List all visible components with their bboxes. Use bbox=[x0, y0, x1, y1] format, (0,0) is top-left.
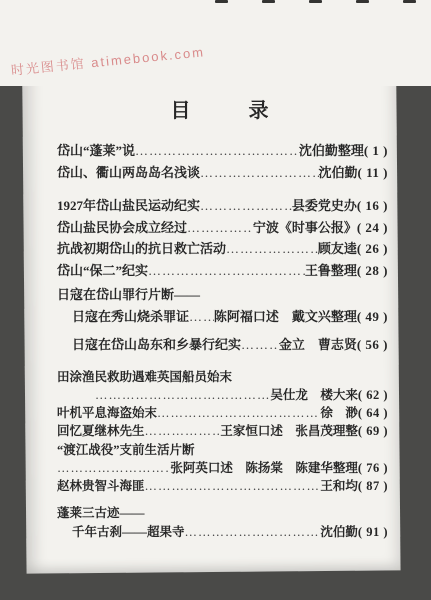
toc-entry-author: 沈伯勤整理 bbox=[299, 141, 364, 161]
toc-entry-author: 顾友逵 bbox=[318, 239, 357, 259]
binding-mark bbox=[356, 0, 369, 3]
toc-entry-page: ( 62 ) bbox=[358, 386, 388, 404]
toc-entry-page: ( 28 ) bbox=[357, 261, 388, 281]
indent-spacer bbox=[57, 398, 95, 399]
toc-entry-title: 抗战初期岱山的抗日救亡活动 bbox=[57, 239, 226, 259]
toc-entry-title: 岱山“保二”纪实 bbox=[57, 261, 148, 281]
toc-entry-title: 赵林贵智斗海匪 bbox=[57, 477, 145, 495]
dot-leader: …………………………………………………………………………………………………… bbox=[57, 459, 170, 477]
dot-leader: …………………………………………………………………………………………………… bbox=[189, 307, 214, 327]
toc-list: 岱山“蓬莱”说………………………………………………………………………………………… bbox=[57, 141, 388, 541]
toc-entry-author: 王和均 bbox=[320, 477, 358, 495]
toc-row: 岱山“保二”纪实……………………………………………………………………………………… bbox=[57, 261, 388, 281]
toc-entry-title: 田涂渔民救助遇难英国船员始末 bbox=[57, 368, 232, 386]
toc-row: 回忆夏继林先生………………………………………………………………………………………… bbox=[57, 422, 388, 440]
toc-entry-title: 岱山“蓬莱”说 bbox=[57, 141, 135, 161]
toc-entry-page: ( 49 ) bbox=[357, 307, 388, 327]
toc-row: 赵林贵智斗海匪………………………………………………………………………………………… bbox=[57, 477, 388, 495]
toc-entry-title: 回忆夏继林先生 bbox=[57, 422, 145, 440]
dot-leader: …………………………………………………………………………………………………… bbox=[200, 163, 319, 183]
toc-entry-page: ( 24 ) bbox=[357, 218, 388, 238]
dot-leader: …………………………………………………………………………………………………… bbox=[95, 386, 270, 404]
toc-row: 岱山“蓬莱”说………………………………………………………………………………………… bbox=[57, 141, 388, 161]
toc-entry-author: 王家恒口述 张昌茂理整 bbox=[220, 422, 358, 440]
toc-entry-page: ( 26 ) bbox=[357, 239, 388, 259]
scanned-page: 时光图书馆 atimebook.com 目 录 岱山“蓬莱”说………………………… bbox=[0, 0, 431, 600]
toc-entry-page: ( 16 ) bbox=[357, 196, 388, 216]
binding-mark bbox=[309, 0, 322, 3]
dot-leader: …………………………………………………………………………………………………… bbox=[145, 422, 221, 440]
indent-spacer bbox=[57, 348, 72, 349]
toc-entry-page: ( 56 ) bbox=[357, 335, 388, 355]
toc-row: 1927年岱山盐民运动纪实………………………………………………………………………… bbox=[57, 196, 388, 216]
toc-row: 日寇在岱山罪行片断—— bbox=[57, 285, 388, 305]
toc-entry-author: 张阿英口述 陈扬棠 陈建华整理 bbox=[170, 459, 358, 477]
toc-entry-page: ( 69 ) bbox=[358, 422, 388, 440]
toc-content: 目 录 岱山“蓬莱”说……………………………………………………………………………… bbox=[57, 98, 388, 541]
toc-row: ……………………………………………………………………………………………………吴仕… bbox=[57, 386, 388, 404]
toc-row: 岱山盐民协会成立经过………………………………………………………………………………… bbox=[57, 218, 388, 238]
dot-leader: …………………………………………………………………………………………………… bbox=[148, 261, 305, 281]
toc-entry-title: 岱山盐民协会成立经过 bbox=[57, 218, 187, 238]
binding-marks bbox=[0, 0, 431, 5]
indent-spacer bbox=[57, 535, 72, 536]
toc-row: 叶机平息海盗始末……………………………………………………………………………………… bbox=[57, 404, 388, 422]
dot-leader: …………………………………………………………………………………………………… bbox=[145, 477, 321, 495]
toc-entry-author: 宁波《时事公报》 bbox=[253, 218, 357, 238]
page-title: 目 录 bbox=[57, 98, 388, 124]
binding-mark bbox=[262, 0, 275, 3]
toc-entry-author: 陈阿福口述 戴文兴整理 bbox=[214, 307, 357, 327]
toc-row: 蓬莱三古迹—— bbox=[57, 504, 388, 522]
toc-entry-title: 日寇在岱山罪行片断—— bbox=[57, 285, 200, 305]
toc-row: 抗战初期岱山的抗日救亡活动………………………………………………………………………… bbox=[57, 239, 388, 259]
toc-entry-author: 吴仕龙 楼大来 bbox=[270, 386, 358, 404]
toc-entry-page: ( 76 ) bbox=[358, 459, 388, 477]
toc-entry-page: ( 87 ) bbox=[358, 477, 388, 495]
dot-leader: …………………………………………………………………………………………………… bbox=[187, 218, 253, 238]
toc-entry-title: 叶机平息海盗始末 bbox=[57, 404, 157, 422]
toc-entry-title: 蓬莱三古迹—— bbox=[57, 504, 145, 522]
toc-entry-author: 王鲁整理 bbox=[305, 261, 357, 281]
toc-row: 岱山、衢山两岛岛名浅谈……………………………………………………………………………… bbox=[57, 163, 388, 183]
binding-mark bbox=[403, 0, 416, 3]
toc-entry-title: 日寇在秀山烧杀罪证 bbox=[72, 307, 189, 327]
toc-entry-page: ( 91 ) bbox=[358, 523, 388, 541]
toc-entry-author: 沈伯勤 bbox=[319, 163, 358, 183]
dot-leader: …………………………………………………………………………………………………… bbox=[185, 523, 321, 541]
binding-mark bbox=[215, 0, 228, 3]
toc-row: 田涂渔民救助遇难英国船员始末 bbox=[57, 368, 388, 386]
toc-entry-author: 金立 曹志贤 bbox=[279, 335, 357, 355]
dot-leader: …………………………………………………………………………………………………… bbox=[200, 196, 292, 216]
toc-entry-title: 岱山、衢山两岛岛名浅谈 bbox=[57, 163, 200, 183]
toc-entry-title: 1927年岱山盐民运动纪实 bbox=[57, 196, 200, 216]
toc-entry-author: 沈伯勤 bbox=[320, 523, 358, 541]
dot-leader: …………………………………………………………………………………………………… bbox=[241, 335, 279, 355]
toc-entry-author: 县委党史办 bbox=[292, 196, 357, 216]
dot-leader: …………………………………………………………………………………………………… bbox=[157, 404, 320, 422]
toc-row: 日寇在岱山岛东和乡暴行纪实………………………………………………………………………… bbox=[57, 335, 388, 355]
toc-row: 千年古刹——超果寺…………………………………………………………………………………… bbox=[57, 523, 388, 541]
toc-entry-title: 日寇在岱山岛东和乡暴行纪实 bbox=[72, 335, 241, 355]
toc-entry-page: ( 1 ) bbox=[364, 141, 388, 161]
toc-entry-page: ( 11 ) bbox=[358, 163, 388, 183]
toc-row: 日寇在秀山烧杀罪证…………………………………………………………………………………… bbox=[57, 307, 388, 327]
toc-entry-title: “渡江战役”支前生活片断 bbox=[57, 441, 195, 459]
indent-spacer bbox=[57, 320, 72, 321]
toc-row: “渡江战役”支前生活片断 bbox=[57, 441, 388, 459]
dot-leader: …………………………………………………………………………………………………… bbox=[135, 141, 299, 161]
toc-entry-page: ( 64 ) bbox=[358, 404, 388, 422]
dot-leader: …………………………………………………………………………………………………… bbox=[226, 239, 318, 259]
toc-entry-title: 千年古刹——超果寺 bbox=[72, 523, 185, 541]
toc-entry-author: 徐 渺 bbox=[320, 404, 358, 422]
toc-row: ……………………………………………………………………………………………………张阿… bbox=[57, 459, 388, 477]
